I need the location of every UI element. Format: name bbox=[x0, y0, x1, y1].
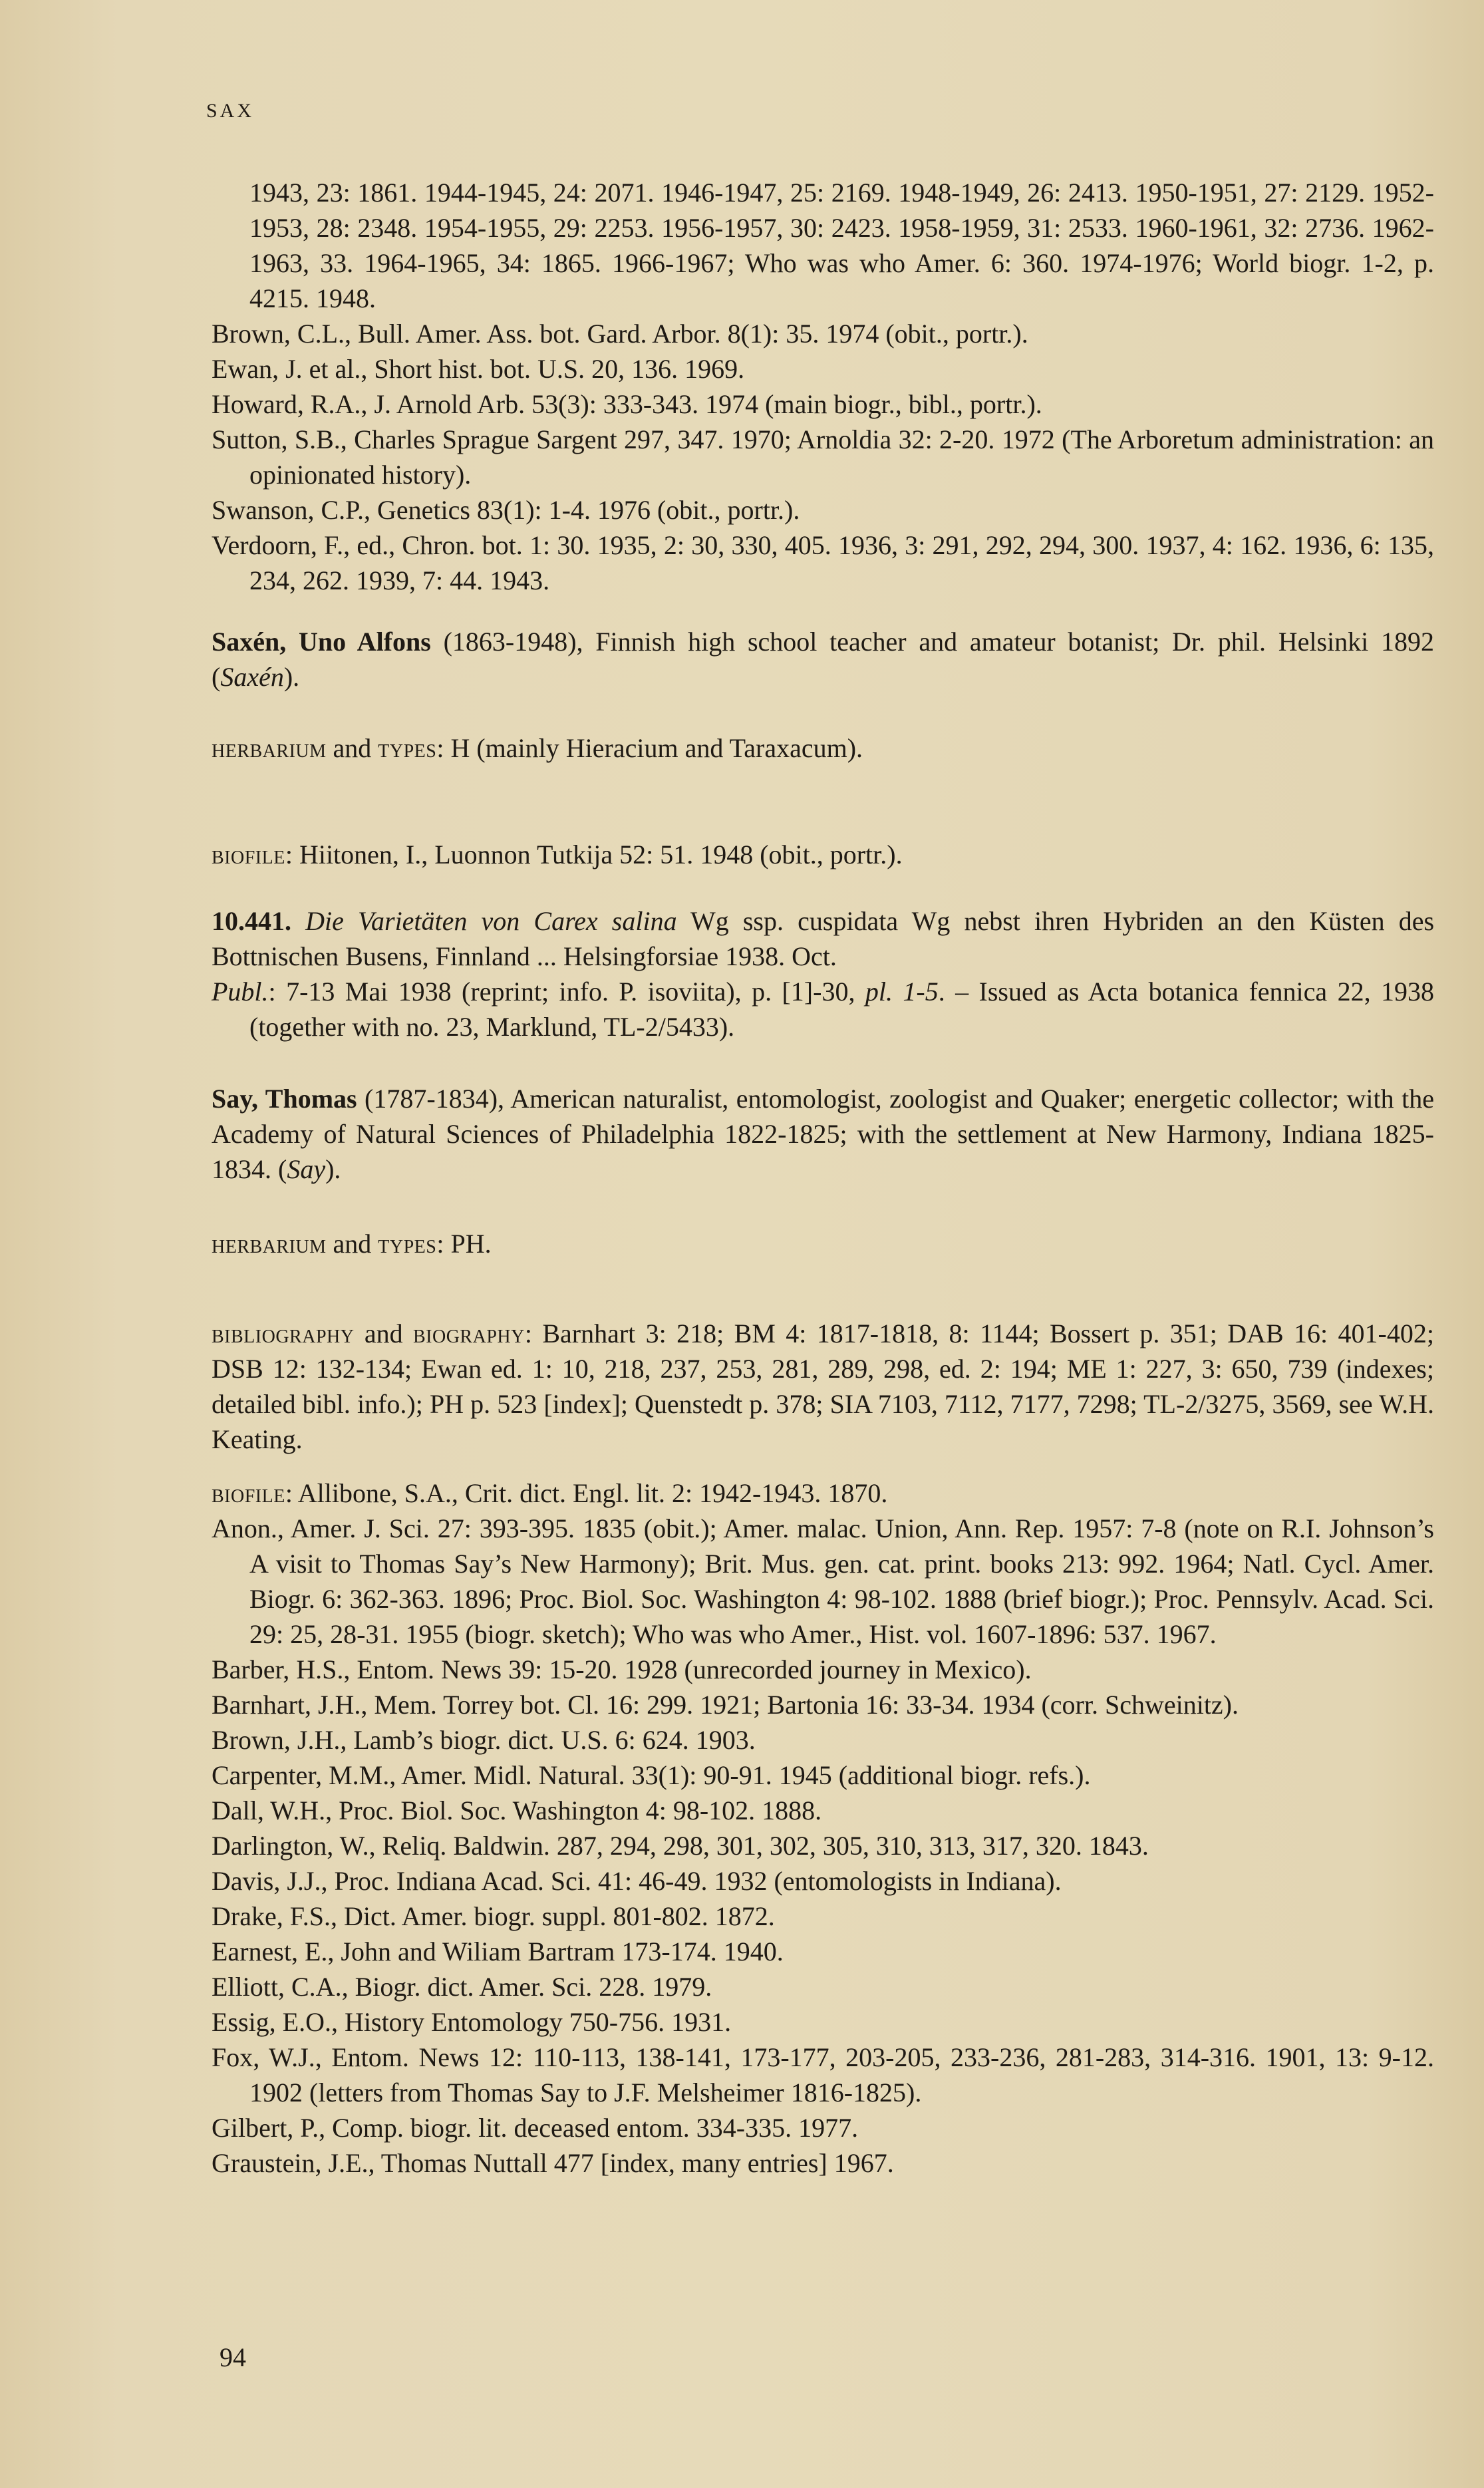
herbarium-line: herbarium and types: PH. bbox=[212, 1226, 1434, 1261]
author-name: Say, Thomas bbox=[212, 1084, 357, 1114]
label-connector: and bbox=[354, 1319, 413, 1348]
entry-say: Say, Thomas (1787-1834), American natura… bbox=[212, 1081, 1434, 1187]
entry-saxen: Saxén, Uno Alfons (1863-1948), Finnish h… bbox=[212, 624, 1434, 695]
biofile-item: Elliott, C.A., Biogr. dict. Amer. Sci. 2… bbox=[212, 1969, 1434, 2004]
author-abbreviation: Say bbox=[287, 1154, 325, 1184]
publ-text: : 7-13 Mai 1938 (reprint; info. P. isovi… bbox=[269, 977, 865, 1007]
biofile-item: Barnhart, J.H., Mem. Torrey bot. Cl. 16:… bbox=[212, 1687, 1434, 1722]
section-label: biofile bbox=[212, 1478, 285, 1508]
say-herbarium: herbarium and types: PH. bbox=[212, 1226, 1434, 1261]
biofile-item: Essig, E.O., History Entomology 750-756.… bbox=[212, 2004, 1434, 2040]
section-label: herbarium bbox=[212, 1229, 327, 1259]
biofile-item: Davis, J.J., Proc. Indiana Acad. Sci. 41… bbox=[212, 1863, 1434, 1899]
page-number: 94 bbox=[220, 2342, 246, 2373]
label-connector: and bbox=[327, 733, 378, 763]
biofile-line: biofile: Hiitonen, I., Luonnon Tutkija 5… bbox=[212, 837, 1434, 872]
punctuation: ). bbox=[325, 1154, 341, 1184]
biofile-item: Dall, W.H., Proc. Biol. Soc. Washington … bbox=[212, 1793, 1434, 1828]
herbarium-value: : PH. bbox=[436, 1229, 491, 1259]
saxen-work-10-441: 10.441. Die Varietäten von Carex salina … bbox=[212, 903, 1434, 1044]
reference-item: Brown, C.L., Bull. Amer. Ass. bot. Gard.… bbox=[212, 316, 1434, 351]
saxen-biofile: biofile: Hiitonen, I., Luonnon Tutkija 5… bbox=[212, 837, 1434, 872]
plates: pl. 1-5 bbox=[865, 977, 939, 1007]
entry-heading: Saxén, Uno Alfons (1863-1948), Finnish h… bbox=[212, 624, 1434, 695]
bibliography-paragraph: bibliography and biography: Barnhart 3: … bbox=[212, 1316, 1434, 1457]
biofile-item: Drake, F.S., Dict. Amer. biogr. suppl. 8… bbox=[212, 1899, 1434, 1934]
section-label: bibliography bbox=[212, 1319, 354, 1348]
biofile-item: Darlington, W., Reliq. Baldwin. 287, 294… bbox=[212, 1828, 1434, 1863]
biofile-item: Brown, J.H., Lamb’s biogr. dict. U.S. 6:… bbox=[212, 1722, 1434, 1758]
publ-label: Publ. bbox=[212, 977, 269, 1007]
biofile-item: Gilbert, P., Comp. biogr. lit. deceased … bbox=[212, 2110, 1434, 2145]
biofile-item: Fox, W.J., Entom. News 12: 110-113, 138-… bbox=[212, 2040, 1434, 2110]
saxen-herbarium: herbarium and types: H (mainly Hieracium… bbox=[212, 730, 1434, 766]
reference-continuation: 1943, 23: 1861. 1944-1945, 24: 2071. 194… bbox=[212, 175, 1434, 316]
biofile-item: Graustein, J.E., Thomas Nuttall 477 [ind… bbox=[212, 2145, 1434, 2181]
reference-item: Sutton, S.B., Charles Sprague Sargent 29… bbox=[212, 422, 1434, 492]
work-publication: Publ.: 7-13 Mai 1938 (reprint; info. P. … bbox=[212, 974, 1434, 1044]
herbarium-value: : H (mainly Hieracium and Taraxacum). bbox=[436, 733, 863, 763]
biofile-line: biofile: Allibone, S.A., Crit. dict. Eng… bbox=[212, 1476, 1434, 1511]
biofile-value: : Allibone, S.A., Crit. dict. Engl. lit.… bbox=[285, 1478, 888, 1508]
section-label: types bbox=[378, 733, 436, 763]
reference-item: Ewan, J. et al., Short hist. bot. U.S. 2… bbox=[212, 351, 1434, 387]
biofile-item: Earnest, E., John and Wiliam Bartram 173… bbox=[212, 1934, 1434, 1969]
biofile-value: : Hiitonen, I., Luonnon Tutkija 52: 51. … bbox=[285, 840, 903, 869]
section-label: biography bbox=[413, 1319, 525, 1348]
author-name: Saxén, Uno Alfons bbox=[212, 627, 431, 657]
biofile-item: Anon., Amer. J. Sci. 27: 393-395. 1835 (… bbox=[212, 1511, 1434, 1652]
section-label: herbarium bbox=[212, 733, 327, 763]
biofile-item: Barber, H.S., Entom. News 39: 15-20. 192… bbox=[212, 1652, 1434, 1687]
work-title-italic: Die Varietäten von Carex salina bbox=[305, 906, 676, 936]
running-head: SAX bbox=[206, 100, 254, 122]
biofile-item: Carpenter, M.M., Amer. Midl. Natural. 33… bbox=[212, 1758, 1434, 1793]
previous-entry-references: 1943, 23: 1861. 1944-1945, 24: 2071. 194… bbox=[212, 175, 1434, 598]
say-biofile: biofile: Allibone, S.A., Crit. dict. Eng… bbox=[212, 1476, 1434, 2181]
reference-item: Howard, R.A., J. Arnold Arb. 53(3): 333-… bbox=[212, 387, 1434, 422]
label-connector: and bbox=[327, 1229, 378, 1259]
author-description: (1787-1834), American naturalist, entomo… bbox=[212, 1084, 1434, 1184]
punctuation: ). bbox=[284, 662, 299, 692]
say-bibliography: bibliography and biography: Barnhart 3: … bbox=[212, 1316, 1434, 1457]
herbarium-line: herbarium and types: H (mainly Hieracium… bbox=[212, 730, 1434, 766]
reference-item: Verdoorn, F., ed., Chron. bot. 1: 30. 19… bbox=[212, 528, 1434, 598]
entry-heading: Say, Thomas (1787-1834), American natura… bbox=[212, 1081, 1434, 1187]
author-abbreviation: Saxén bbox=[220, 662, 284, 692]
work-title: 10.441. Die Varietäten von Carex salina … bbox=[212, 903, 1434, 974]
reference-item: Swanson, C.P., Genetics 83(1): 1-4. 1976… bbox=[212, 492, 1434, 528]
section-label: types bbox=[378, 1229, 436, 1259]
section-label: biofile bbox=[212, 840, 285, 869]
work-number: 10.441. bbox=[212, 906, 291, 936]
